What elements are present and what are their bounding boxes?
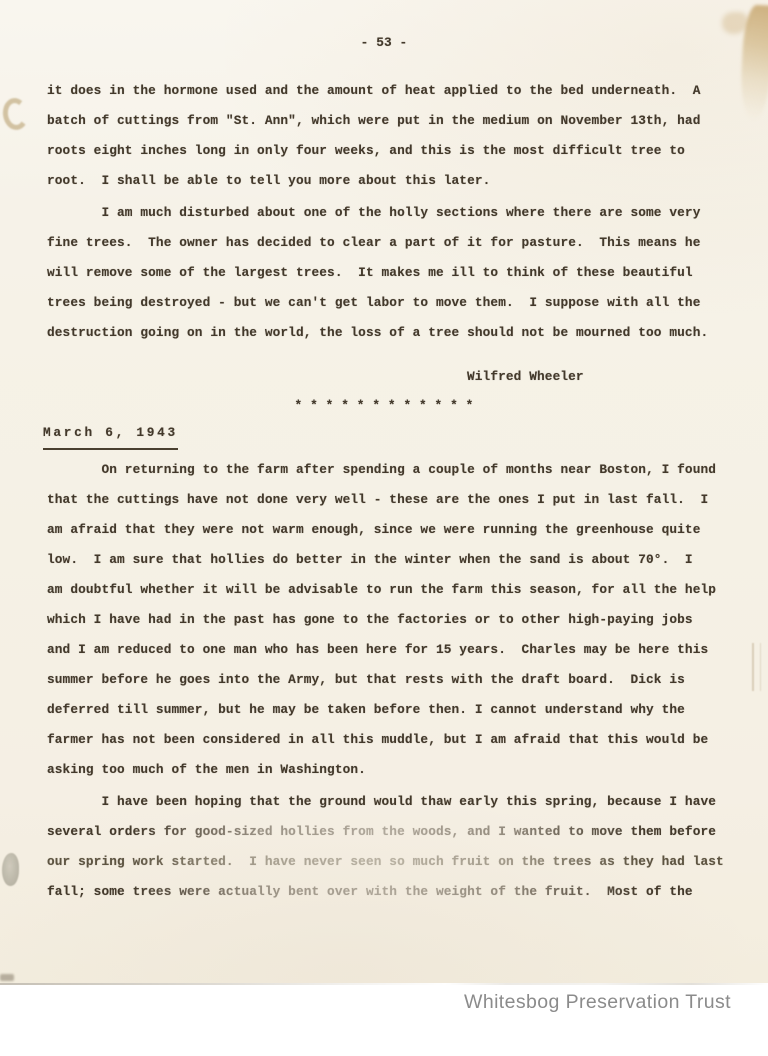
typewritten-line: trees being destroyed - but we can't get… (47, 288, 708, 318)
typewritten-line: summer before he goes into the Army, but… (47, 665, 716, 695)
right-edge-marks (752, 643, 761, 691)
disturbed-paragraph: I am much disturbed about one of the hol… (47, 198, 708, 348)
typewritten-line: farmer has not been considered in all th… (47, 725, 716, 755)
date-heading-text: March 6, 1943 (43, 418, 178, 450)
typewritten-line: root. I shall be able to tell you more a… (47, 166, 700, 196)
typewritten-line: low. I am sure that hollies do better in… (47, 545, 716, 575)
typewritten-line: fine trees. The owner has decided to cle… (47, 228, 708, 258)
typewritten-line: I have been hoping that the ground would… (47, 787, 724, 817)
typewritten-line: destruction going on in the world, the l… (47, 318, 708, 348)
scanned-letter-page: - 53 - it does in the hormone used and t… (0, 0, 768, 983)
typewritten-line: asking too much of the men in Washington… (47, 755, 716, 785)
entry-paragraph-2: I have been hoping that the ground would… (47, 787, 724, 907)
typewritten-line: our spring work started. I have never se… (47, 847, 724, 877)
typewritten-line: that the cuttings have not done very wel… (47, 485, 716, 515)
typewritten-line: On returning to the farm after spending … (47, 455, 716, 485)
entry-paragraph-1: On returning to the farm after spending … (47, 455, 716, 785)
typewritten-line: several orders for good-sized hollies fr… (47, 817, 724, 847)
typewritten-line: which I have had in the past has gone to… (47, 605, 716, 635)
typewritten-line: and I am reduced to one man who has been… (47, 635, 716, 665)
typewritten-line: deferred till summer, but he may be take… (47, 695, 716, 725)
typewritten-line: I am much disturbed about one of the hol… (47, 198, 708, 228)
signature: Wilfred Wheeler (467, 362, 584, 392)
continuation-paragraph: it does in the hormone used and the amou… (47, 76, 700, 196)
left-edge-speck (0, 974, 14, 981)
typewritten-line: am afraid that they were not warm enough… (47, 515, 716, 545)
page-number: - 53 - (0, 28, 768, 58)
footer-credit: Whitesbog Preservation Trust (464, 991, 731, 1014)
typewritten-line: roots eight inches long in only four wee… (47, 136, 700, 166)
crescent-stain (1, 96, 30, 131)
typewritten-line: will remove some of the largest trees. I… (47, 258, 708, 288)
date-heading: March 6, 1943 (43, 418, 178, 450)
typewritten-line: it does in the hormone used and the amou… (47, 76, 700, 106)
typewritten-line: fall; some trees were actually bent over… (47, 877, 724, 907)
gray-smudge-stain (2, 853, 19, 886)
paper-bottom-edge (0, 983, 768, 985)
typewritten-line: batch of cuttings from "St. Ann", which … (47, 106, 700, 136)
asterisk-divider: * * * * * * * * * * * * (0, 391, 768, 421)
typewritten-line: am doubtful whether it will be advisable… (47, 575, 716, 605)
